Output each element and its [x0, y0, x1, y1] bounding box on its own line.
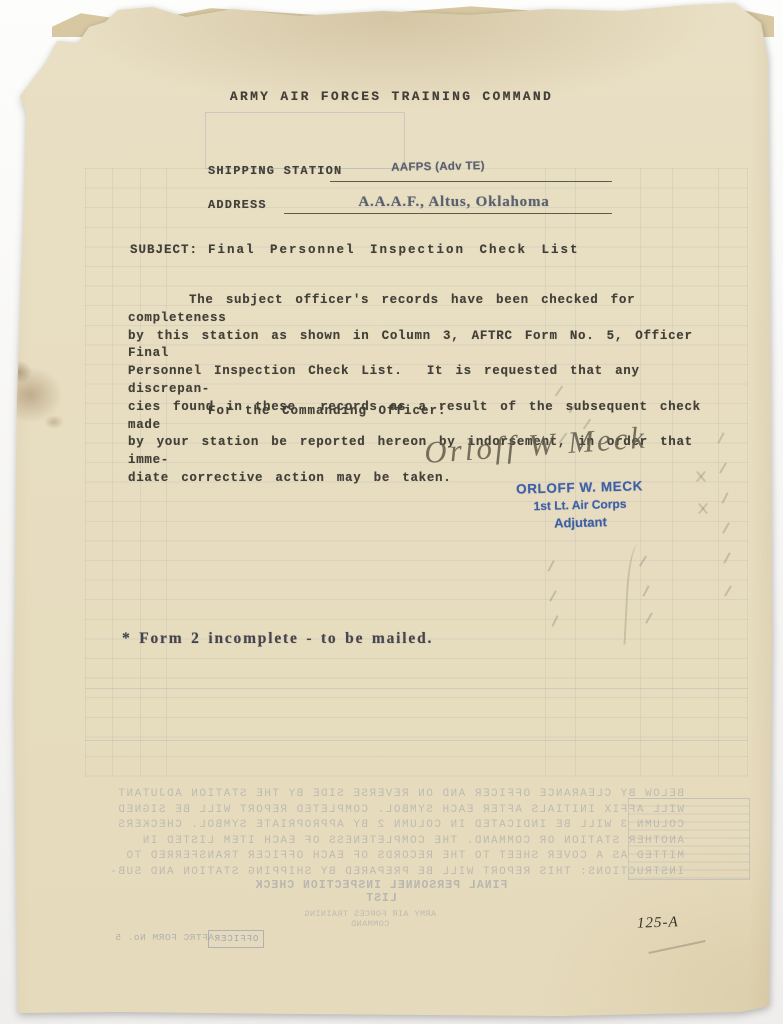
grid-line: [112, 168, 113, 777]
bleedthrough-instructions: BELOW BY CLEARANCE OFFICER AND ON REVERS…: [98, 787, 684, 881]
bleedthrough-form-number: AFTRC FORM No. 5: [96, 932, 214, 943]
stamp-name: ORLOFF W. MECK: [501, 478, 657, 497]
adjutant-name-stamp: ORLOFF W. MECK 1st Lt. Air Corps Adjutan…: [501, 478, 658, 532]
shipping-station-value: AAFPS (Adv TE): [383, 160, 493, 174]
shipping-station-underline: [330, 181, 612, 182]
subject-value: Final Personnel Inspection Check List: [208, 243, 580, 257]
bleedthrough-command-line: ARMY AIR FORCES TRAINING COMMAND: [288, 909, 452, 929]
pencil-stroke: [648, 940, 705, 954]
address-value: A.A.A.F., Altus, Oklahoma: [344, 194, 564, 211]
bleedthrough-officer-box: OFFICER: [208, 930, 264, 948]
grid-line: [747, 168, 748, 777]
address-underline: [284, 213, 612, 214]
grid-line: [85, 740, 748, 741]
stamp-rank: 1st Lt. Air Corps: [502, 496, 658, 514]
grid-line: [85, 168, 86, 777]
typed-annotation: * Form 2 incomplete - to be mailed.: [122, 630, 433, 648]
shipping-station-label: SHIPPING STATION: [208, 164, 342, 178]
paper-shadow: BELOW BY CLEARANCE OFFICER AND ON REVERS…: [0, 0, 783, 1024]
scanned-document: BELOW BY CLEARANCE OFFICER AND ON REVERS…: [0, 0, 783, 1024]
bleedthrough-form-title: FINAL PERSONNEL INSPECTION CHECK LIST: [240, 879, 522, 905]
document-title: ARMY AIR FORCES TRAINING COMMAND: [0, 89, 783, 104]
paper-sheet: BELOW BY CLEARANCE OFFICER AND ON REVERS…: [0, 0, 783, 1024]
body-paragraph: The subject officer's records have been …: [128, 292, 710, 488]
address-label: ADDRESS: [208, 198, 267, 212]
grid-line: [85, 688, 748, 689]
subject-label: SUBJECT:: [130, 243, 198, 257]
closing-line: For the Commanding Officer:: [208, 404, 447, 418]
bleedthrough-note-box: [205, 112, 405, 169]
handwritten-page-number: 125-A: [637, 914, 679, 932]
